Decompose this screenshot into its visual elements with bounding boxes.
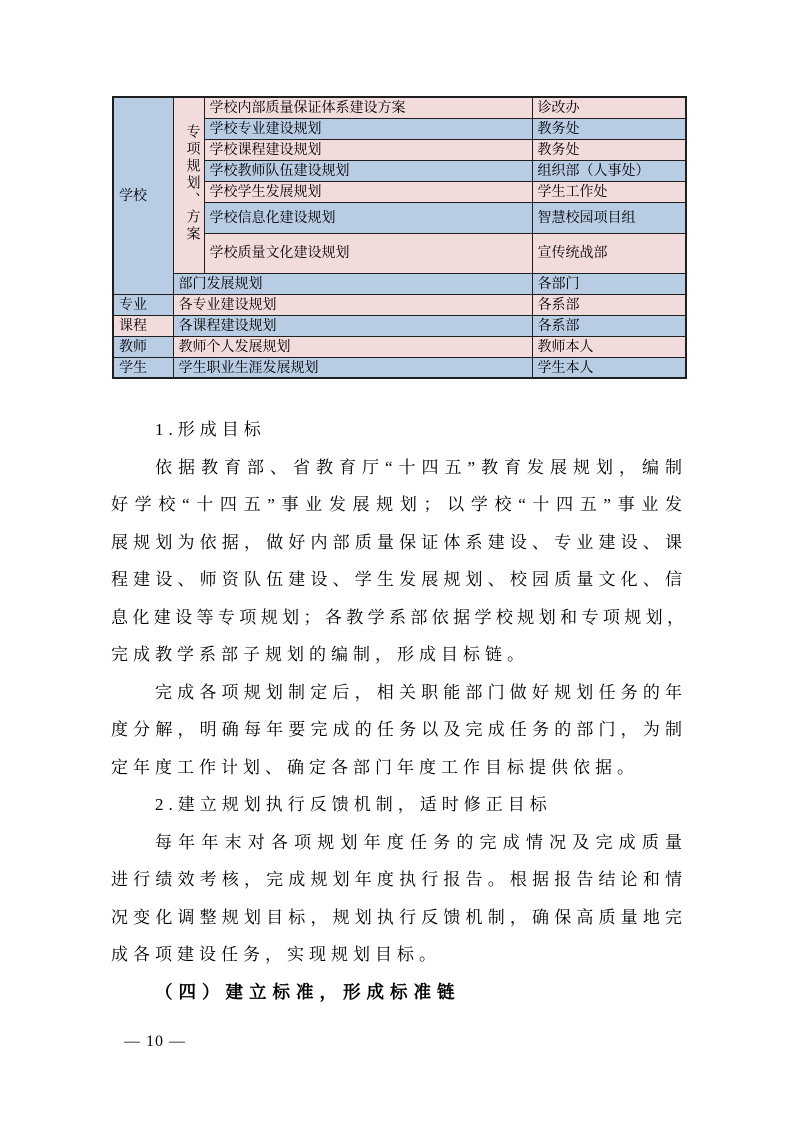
table-cell: 学校课程建设规划 <box>204 139 532 160</box>
table-cell: 学校信息化建设规划 <box>204 202 532 233</box>
table-row: 部门发展规划各部门 <box>113 273 686 294</box>
page-number: — 10 — <box>124 1033 186 1051</box>
text-line: 定年度工作计划、确定各部门年度工作目标提供依据。 <box>111 749 687 787</box>
document-body: 1.形成目标依据教育部、省教育厅“十四五”教育发展规划，编制好学校“十四五”事业… <box>111 411 687 1011</box>
table-cell: 诊改办 <box>532 97 686 118</box>
table-cell: 宣传统战部 <box>532 233 686 273</box>
table-row: 教师教师个人发展规划教师本人 <box>113 336 686 357</box>
table-cell: 各部门 <box>532 273 686 294</box>
text-line: 1.形成目标 <box>111 411 687 449</box>
text-line: 完成各项规划制定后，相关职能部门做好规划任务的年 <box>111 674 687 712</box>
text-line: 程建设、师资队伍建设、学生发展规划、校园质量文化、信 <box>111 561 687 599</box>
table-cell: 学生本人 <box>532 357 686 378</box>
table-cell: 各专业建设规划 <box>173 294 532 315</box>
text-line: 2.建立规划执行反馈机制，适时修正目标 <box>111 786 687 824</box>
text-line: 况变化调整规划目标，规划执行反馈机制，确保高质量地完 <box>111 899 687 937</box>
text-line: 依据教育部、省教育厅“十四五”教育发展规划，编制 <box>111 449 687 487</box>
table-cell: 各课程建设规划 <box>173 315 532 336</box>
text-line: 完成教学系部子规划的编制，形成目标链。 <box>111 636 687 674</box>
text-line: 成各项建设任务，实现规划目标。 <box>111 936 687 974</box>
table-cell: 学校质量文化建设规划 <box>204 233 532 273</box>
table-row: 学校专项规划、方案学校内部质量保证体系建设方案诊改办 <box>113 97 686 118</box>
table-cell: 智慧校园项目组 <box>532 202 686 233</box>
vertical-text: 专项规划、方案 <box>179 124 205 243</box>
table-cell: 教师个人发展规划 <box>173 336 532 357</box>
table-cell: 学校内部质量保证体系建设方案 <box>204 97 532 118</box>
table-cell: 教务处 <box>532 118 686 139</box>
table-cell: 学校 <box>113 97 173 294</box>
table-cell: 学校专业建设规划 <box>204 118 532 139</box>
text-line: 每年年末对各项规划年度任务的完成情况及完成质量 <box>111 824 687 862</box>
table-cell: 教务处 <box>532 139 686 160</box>
table-cell: 各系部 <box>532 315 686 336</box>
text-line: 度分解，明确每年要完成的任务以及完成任务的部门，为制 <box>111 711 687 749</box>
section-heading: （四）建立标准，形成标准链 <box>111 974 687 1012</box>
table-cell: 专业 <box>113 294 173 315</box>
table-cell: 教师 <box>113 336 173 357</box>
table-cell: 学生职业生涯发展规划 <box>173 357 532 378</box>
table-cell: 学生工作处 <box>532 181 686 202</box>
table-row: 课程各课程建设规划各系部 <box>113 315 686 336</box>
table-cell: 学校教师队伍建设规划 <box>204 160 532 181</box>
text-line: 息化建设等专项规划；各教学系部依据学校规划和专项规划， <box>111 599 687 637</box>
text-line: 展规划为依据，做好内部质量保证体系建设、专业建设、课 <box>111 524 687 562</box>
table-cell: 部门发展规划 <box>173 273 532 294</box>
table-cell: 教师本人 <box>532 336 686 357</box>
table-row: 专业各专业建设规划各系部 <box>113 294 686 315</box>
text-line: 进行绩效考核，完成规划年度执行报告。根据报告结论和情 <box>111 861 687 899</box>
table-cell-vertical-label: 专项规划、方案 <box>173 97 204 273</box>
table-cell: 学生 <box>113 357 173 378</box>
table-cell: 课程 <box>113 315 173 336</box>
document-page: 学校专项规划、方案学校内部质量保证体系建设方案诊改办学校专业建设规划教务处学校课… <box>0 0 793 1122</box>
table-cell: 学校学生发展规划 <box>204 181 532 202</box>
table-cell: 各系部 <box>532 294 686 315</box>
text-line: 好学校“十四五”事业发展规划；以学校“十四五”事业发 <box>111 486 687 524</box>
table-cell: 组织部（人事处） <box>532 160 686 181</box>
planning-responsibility-table: 学校专项规划、方案学校内部质量保证体系建设方案诊改办学校专业建设规划教务处学校课… <box>112 96 687 379</box>
table-row: 学生学生职业生涯发展规划学生本人 <box>113 357 686 378</box>
